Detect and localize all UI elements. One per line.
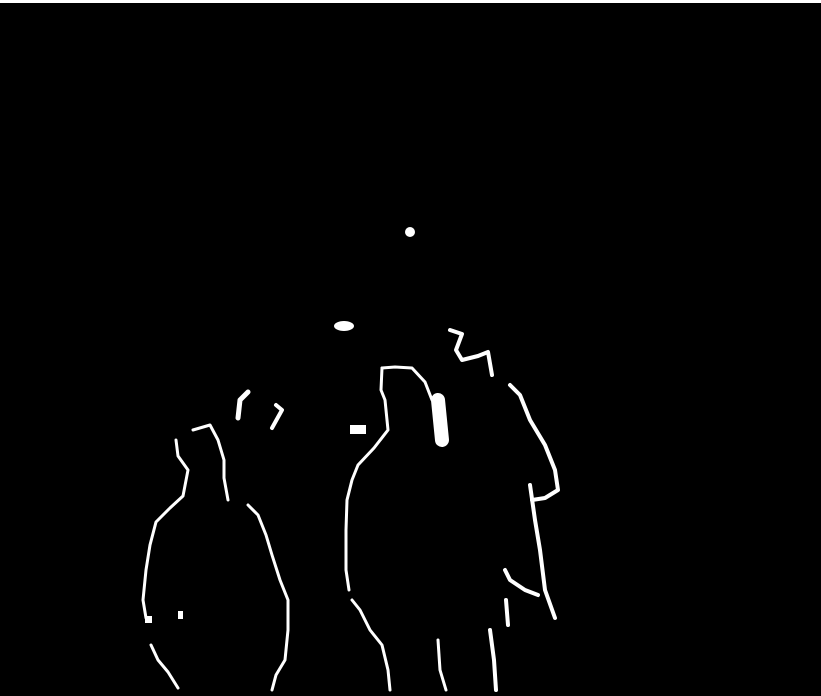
isolated-blobs [145, 227, 415, 623]
overlap-blob [438, 400, 442, 440]
person-right-contour [450, 330, 558, 690]
contours [0, 3, 821, 696]
person-center-contour [346, 367, 446, 690]
image-frame [0, 0, 821, 696]
edge-mask [0, 3, 821, 696]
person-left-contour [143, 392, 288, 690]
